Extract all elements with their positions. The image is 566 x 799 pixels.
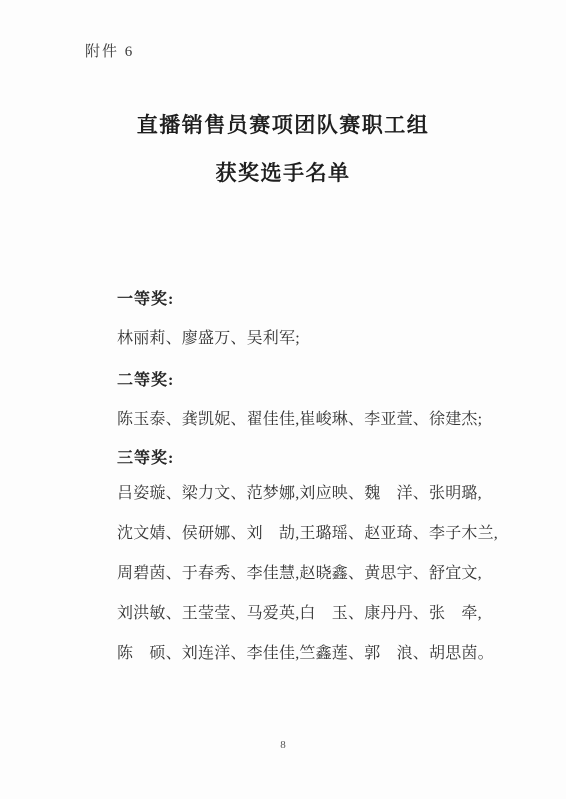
section-heading-third-prize: 三等奖: [117, 445, 174, 468]
document-title-line2: 获奖选手名单 [0, 157, 566, 187]
third-prize-winners-line-4: 刘洪敏、王莹莹、马爱英,白 玉、康丹丹、张 牵, [117, 600, 509, 623]
document-page: 附件 6 直播销售员赛项团队赛职工组 获奖选手名单 一等奖: 林丽莉、廖盛万、吴… [0, 0, 566, 799]
third-prize-winners-line-1: 吕姿璇、梁力文、范梦娜,刘应映、魏 洋、张明璐, [117, 480, 509, 503]
third-prize-winners-line-2: 沈文婧、侯研娜、刘 劼,王璐瑶、赵亚琦、李子木兰, [117, 520, 509, 543]
first-prize-winners-line: 林丽莉、廖盛万、吴利军; [117, 325, 509, 348]
third-prize-winners-line-3: 周碧茵、于春秀、李佳慧,赵晓鑫、黄思宇、舒宜文, [117, 560, 509, 583]
document-title-line1: 直播销售员赛项团队赛职工组 [0, 109, 566, 139]
attachment-label: 附件 6 [85, 40, 134, 61]
page-number: 8 [0, 739, 566, 751]
third-prize-winners-line-5: 陈 硕、刘连洋、李佳佳,竺鑫莲、郭 浪、胡思茵。 [117, 640, 509, 663]
section-heading-second-prize: 二等奖: [117, 367, 174, 390]
second-prize-winners-line: 陈玉泰、龚凯妮、翟佳佳,崔峻琳、李亚萱、徐建杰; [117, 406, 509, 429]
section-heading-first-prize: 一等奖: [117, 286, 174, 309]
